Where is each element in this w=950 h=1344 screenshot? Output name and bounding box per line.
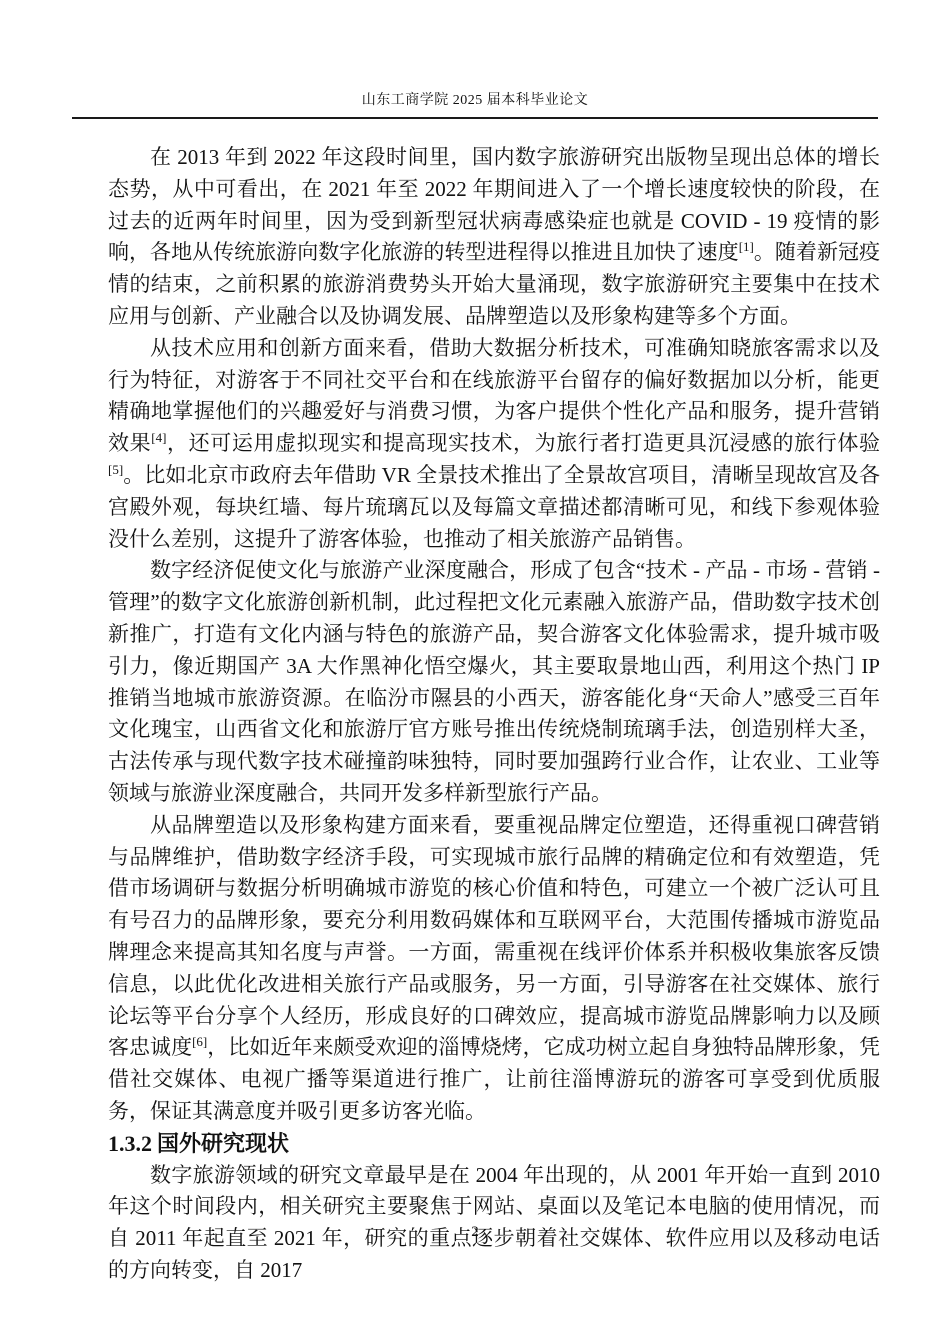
text-run: 1.3.2 <box>108 1131 152 1156</box>
paragraph: 数字经济促使文化与旅游产业深度融合，形成了包含“技术 - 产品 - 市场 - 营… <box>108 555 880 809</box>
header-rule <box>72 117 878 119</box>
citation-marker: [5] <box>108 462 123 477</box>
text-run: 数字旅游领域的研究文章最早是在 2004 年出现的，从 2001 年开始一直到 … <box>108 1163 880 1282</box>
paragraph: 从品牌塑造以及形象构建方面来看，要重视品牌定位塑造，还得重视口碑营销与品牌维护，… <box>108 810 880 1128</box>
section-heading: 1.3.2国外研究现状 <box>108 1128 880 1160</box>
citation-marker: [1] <box>739 239 754 254</box>
text-run: 国外研究现状 <box>157 1131 289 1156</box>
document-page: 山东工商学院 2025 届本科毕业论文 在 2013 年到 2022 年这段时间… <box>0 0 950 1344</box>
page-number-footer: 2 <box>0 1224 950 1241</box>
paragraph: 从技术应用和创新方面来看，借助大数据分析技术，可准确知晓旅客需求以及行为特征，对… <box>108 333 880 556</box>
page-number: 2 <box>471 1224 479 1240</box>
paragraph: 在 2013 年到 2022 年这段时间里，国内数字旅游研究出版物呈现出总体的增… <box>108 142 880 333</box>
page-header-title: 山东工商学院 2025 届本科毕业论文 <box>362 93 589 108</box>
page-header: 山东工商学院 2025 届本科毕业论文 <box>72 89 878 109</box>
text-run: ，还可运用虚拟现实和提高现实技术，为旅行者打造更具沉浸感的旅行体验 <box>166 431 880 455</box>
document-body: 在 2013 年到 2022 年这段时间里，国内数字旅游研究出版物呈现出总体的增… <box>108 142 880 1287</box>
text-run: 从品牌塑造以及形象构建方面来看，要重视品牌定位塑造，还得重视口碑营销与品牌维护，… <box>108 813 880 1060</box>
text-run: 数字经济促使文化与旅游产业深度融合，形成了包含“技术 - 产品 - 市场 - 营… <box>108 558 880 805</box>
text-run: 。比如北京市政府去年借助 VR 全景技术推出了全景故宫项目，清晰呈现故宫及各宫殿… <box>108 463 880 551</box>
text-run: ，比如近年来颇受欢迎的淄博烧烤，它成功树立起自身独特品牌形象，凭借社交媒体、电视… <box>108 1035 880 1123</box>
citation-marker: [4] <box>151 430 166 445</box>
citation-marker: [6] <box>192 1034 207 1049</box>
